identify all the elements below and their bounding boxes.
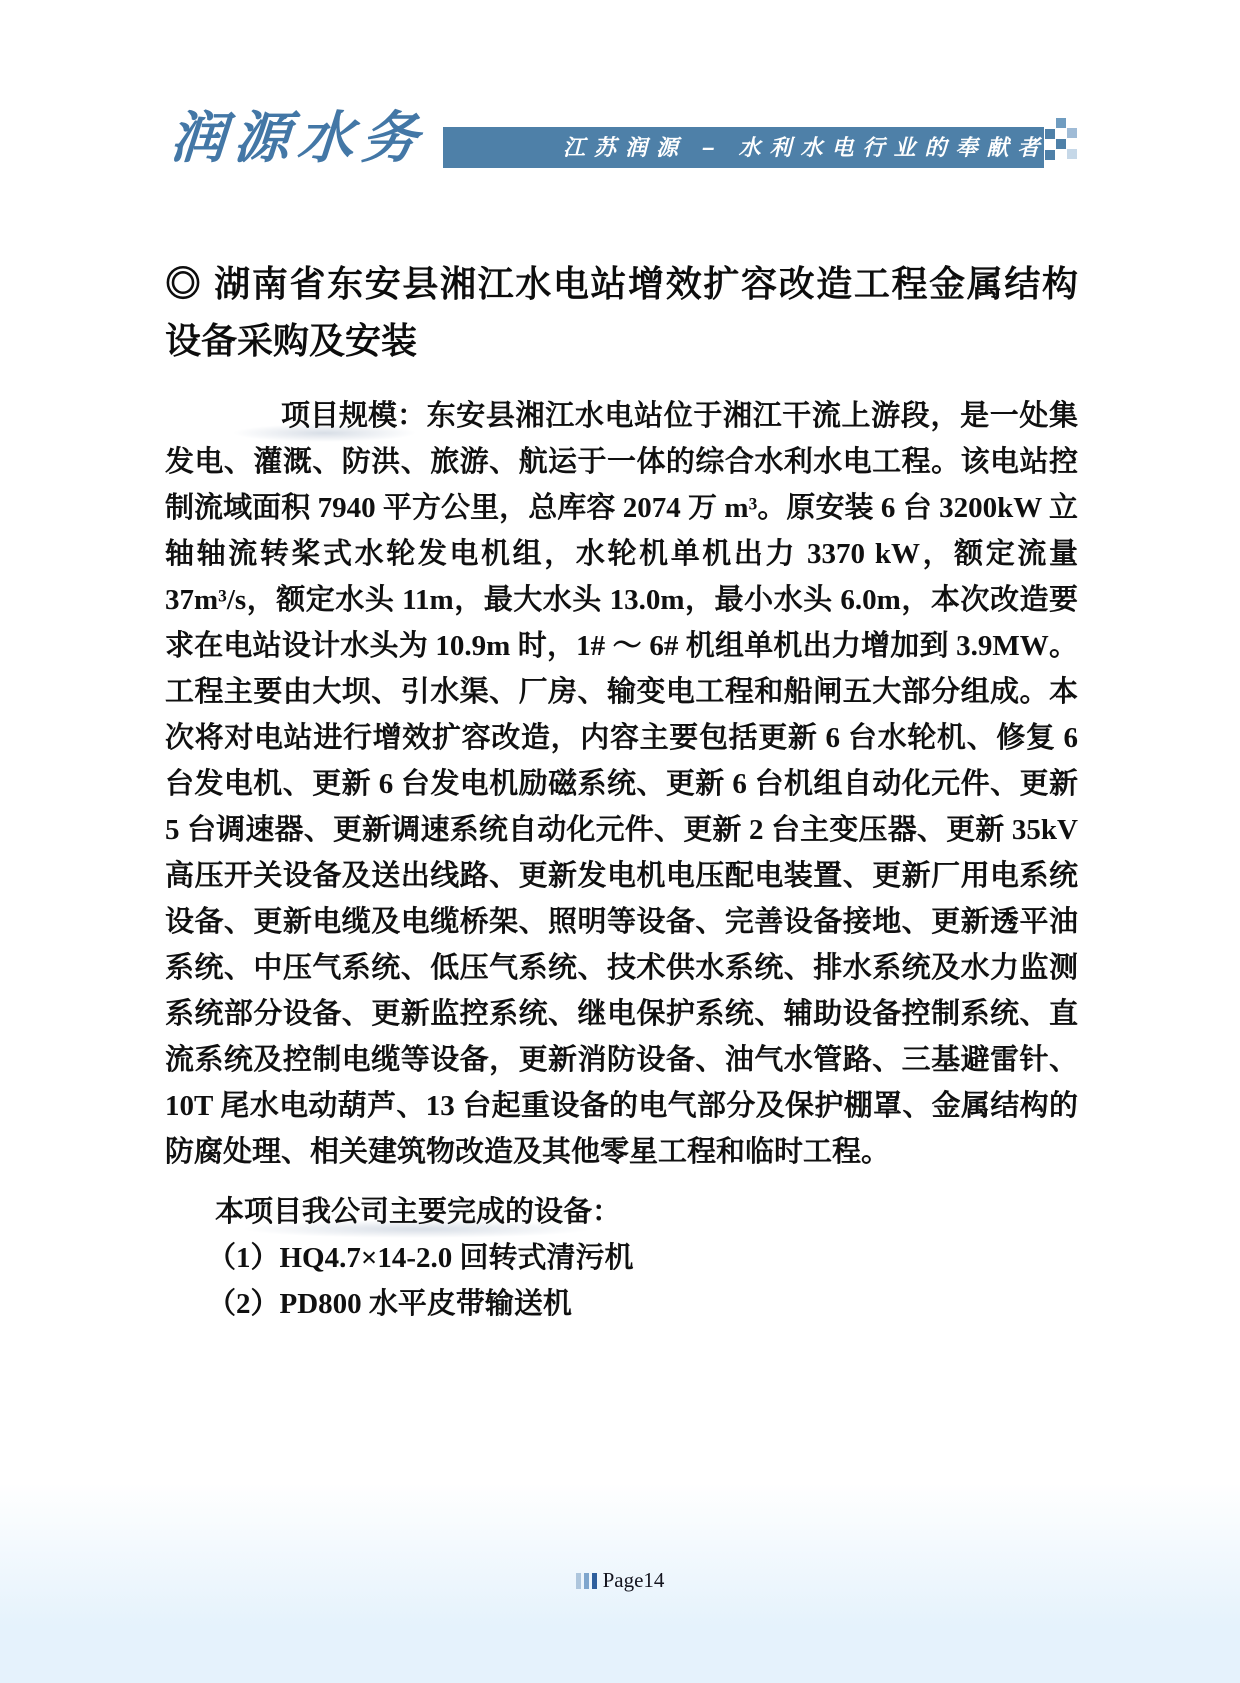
page-title: ◎ 湖南省东安县湘江水电站增效扩容改造工程金属结构 设备采购及安装 (165, 255, 1078, 369)
checker-square (1045, 150, 1055, 160)
title-line-2: 设备采购及安装 (165, 312, 1078, 369)
article: ◎ 湖南省东安县湘江水电站增效扩容改造工程金属结构 设备采购及安装 项目规模：东… (165, 255, 1078, 1327)
checker-pattern (1045, 118, 1079, 162)
checker-square (1045, 129, 1055, 139)
page-bars-icon (576, 1573, 600, 1589)
title-text: 湖南省东安县湘江水电站增效扩容改造工程金属结构 (214, 263, 1078, 304)
paragraph-body: 东安县湘江水电站位于湘江干流上游段，是一处集发电、灌溉、防洪、旅游、航运于一体的… (165, 400, 1078, 1168)
equipment-item: （2）PD800 水平皮带输送机 (207, 1281, 1078, 1327)
company-logo: 润源水务 (167, 94, 429, 174)
project-paragraph: 项目规模：东安县湘江水电站位于湘江干流上游段，是一处集发电、灌溉、防洪、旅游、航… (165, 393, 1078, 1175)
page-footer: Page14 (0, 1568, 1240, 1593)
bar-dark (592, 1573, 597, 1589)
equipment-heading-wrap: 本项目我公司主要完成的设备： (215, 1189, 1078, 1235)
equipment-item: （1）HQ4.7×14-2.0 回转式清污机 (207, 1235, 1078, 1281)
bar-light (576, 1573, 581, 1589)
header-banner: 江苏润源 – 水利水电行业的奉献者 (443, 127, 1044, 168)
title-line-1: ◎ 湖南省东安县湘江水电站增效扩容改造工程金属结构 (165, 255, 1078, 312)
bullet-icon: ◎ (165, 263, 203, 304)
equipment-heading: 本项目我公司主要完成的设备： (215, 1189, 621, 1235)
page-number: Page14 (603, 1568, 665, 1593)
checker-square (1056, 139, 1066, 149)
paragraph-lead: 项目规模： (223, 393, 426, 439)
checker-square (1067, 128, 1077, 138)
checker-square (1056, 118, 1066, 128)
checker-square (1067, 149, 1077, 159)
bar-mid (584, 1573, 589, 1589)
